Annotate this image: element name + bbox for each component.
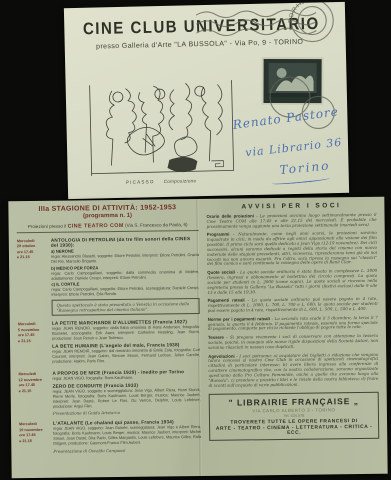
screening-entry: Mercoledì 19 novembre ore 17.45 e 21.15 … bbox=[19, 419, 201, 454]
screening-entry: Mercoledì 5 novembre ore 17.45 e 21.15 L… bbox=[18, 319, 201, 366]
program-leaflet: IIIa STAGIONE DI ATTIVITÀ: 1952-1953 (pr… bbox=[8, 197, 387, 479]
presentation-note: Presentazione di Osvaldo Campassi bbox=[53, 447, 201, 454]
notice-programmi: Programmi - Naturalmente, come negli ann… bbox=[207, 230, 377, 267]
screening-date: Mercoledì 5 novembre ore 17.45 e 21.15 bbox=[18, 321, 49, 366]
notice-norme: Norme per i pagamenti rateali - La secon… bbox=[208, 315, 378, 333]
film-credits: regia: JEAN RENOIR, soggetto: dal romanz… bbox=[52, 347, 200, 364]
date-time2: e 21.15 bbox=[19, 439, 49, 445]
notice-body: - I soci potranno: a) acquistare dei big… bbox=[208, 351, 378, 387]
film-item: L'ATALANTE (Le chaland qui passe, Franci… bbox=[53, 419, 201, 446]
screening-date: Mercoledì 19 novembre ore 17.45 e 21.15 bbox=[19, 421, 49, 454]
screening-entry: Mercoledì 12 novembre ore 17.45 e 21.15 … bbox=[18, 369, 201, 416]
film-credits: regia: JEAN VIGO, soggetto e sceneggiatu… bbox=[53, 387, 201, 409]
film-credits: regia: JEAN RENOIR, soggetto: dalla fiab… bbox=[52, 324, 200, 341]
postcard: CINE CLUB UNIVERSITARIO presso Galleria … bbox=[64, 2, 349, 199]
film-item: ZERO DE CONDUITE (Francia 1933) regia: J… bbox=[53, 382, 201, 409]
date-time2: e 21.15 bbox=[18, 339, 48, 345]
film-credits: regia: JEAN VIGO, soggetto: Jean Guinée,… bbox=[53, 424, 201, 446]
ad-phone: Tel. 524.578 bbox=[212, 413, 376, 419]
program-page-right: AVVISI PER I SOCI Orario delle proiezion… bbox=[206, 202, 379, 470]
program-page-left: IIIa STAGIONE DI ATTIVITÀ: 1952-1953 (pr… bbox=[16, 204, 201, 472]
date-time2: e 21.15 bbox=[19, 389, 49, 395]
film-item: LA PETITE MARCHANDE D'ALLUMETTES (Franci… bbox=[52, 319, 200, 341]
venue-name: CINE TEATRO COM bbox=[68, 223, 124, 230]
svg-text:TORINO-V: TORINO-V bbox=[288, 2, 323, 24]
notice-tessere: Tessere - Si pregano vivamente i soci di… bbox=[208, 333, 378, 351]
ad-tagline2: ARTE - TEATRO - CINEMA - LETTERATURA - C… bbox=[212, 425, 376, 437]
notice-quote-sociali: Quote sociali - La quota sociale ordinar… bbox=[207, 268, 377, 295]
venue-prefix: Proiezioni presso il bbox=[28, 224, 68, 229]
screening-date: Mercoledì 12 novembre ore 17.45 e 21.15 bbox=[18, 371, 49, 416]
film-credits: regia: JEAN VIGO, fotografia: Boris Kauf… bbox=[52, 374, 200, 381]
venezia-note: Questo spettacolo è stato presentato a V… bbox=[52, 298, 200, 316]
librairie-francaise-ad: " LIBRAIRIE FRANÇAISE „ VIA CARLO ALBERT… bbox=[209, 391, 380, 441]
notice-orario: Orario delle proiezioni - Le proiezioni … bbox=[206, 212, 376, 230]
screening-body: LA PETITE MARCHANDE D'ALLUMETTES (Franci… bbox=[48, 319, 201, 366]
notice-agevolazioni: Agevolazioni - I soci potranno: a) acqui… bbox=[208, 351, 378, 388]
ad-name: " LIBRAIRIE FRANÇAISE „ bbox=[212, 396, 376, 408]
notice-body: - Si pregano vivamente i soci di conserv… bbox=[208, 333, 378, 350]
film-credits: regia: Carlo Campogalliani, soggetto: da… bbox=[51, 268, 199, 280]
screening-body: A PROPOS DE NICE (Francia 1929) - inedit… bbox=[48, 369, 201, 416]
venue-line: Proiezioni presso il CINE TEATRO COM (Vi… bbox=[17, 222, 199, 233]
film-title: ANTOLOGIA DI PETROLINI (da tre film sono… bbox=[51, 235, 199, 247]
notice-pagamenti: Pagamenti rateali - La quota sociale ord… bbox=[208, 296, 378, 314]
screening-entry: Mercoledì 29 ottobre ore 17.45 e 21.15 A… bbox=[17, 235, 200, 297]
screening-date: Mercoledì 29 ottobre ore 17.45 e 21.15 bbox=[17, 237, 48, 297]
postmark-text: TORINO-V bbox=[288, 2, 323, 24]
date-time2: e 21.15 bbox=[17, 255, 47, 261]
season-subtitle: (programma n. 1) bbox=[16, 212, 198, 220]
avvisi-header: AVVISI PER I SOCI bbox=[206, 202, 376, 211]
screening-body: L'ATALANTE (Le chaland qui passe, Franci… bbox=[49, 419, 201, 453]
screening-body: ANTOLOGIA DI PETROLINI (da tre film sono… bbox=[47, 235, 200, 296]
film-credits: regia: Carlo Campogalliani, soggetto: Et… bbox=[51, 285, 199, 297]
film-item: A PROPOS DE NICE (Francia 1929) - inedit… bbox=[52, 369, 200, 381]
film-item: LA BETE HUMAINE (L'angelo del male, Fran… bbox=[52, 342, 200, 364]
presentation-note: Presentazione di Guido Aristarco bbox=[53, 409, 201, 416]
venue-suffix: (Via S. Francesco da Paola, 6) bbox=[124, 222, 188, 228]
film-credits: regia: Alessandro Blasetti, soggetto: Et… bbox=[51, 252, 199, 264]
notice-body: - Naturalmente, come negli anni scorsi, … bbox=[207, 230, 377, 266]
photo-of-documents: CINE CLUB UNIVERSITARIO presso Galleria … bbox=[0, 0, 391, 480]
